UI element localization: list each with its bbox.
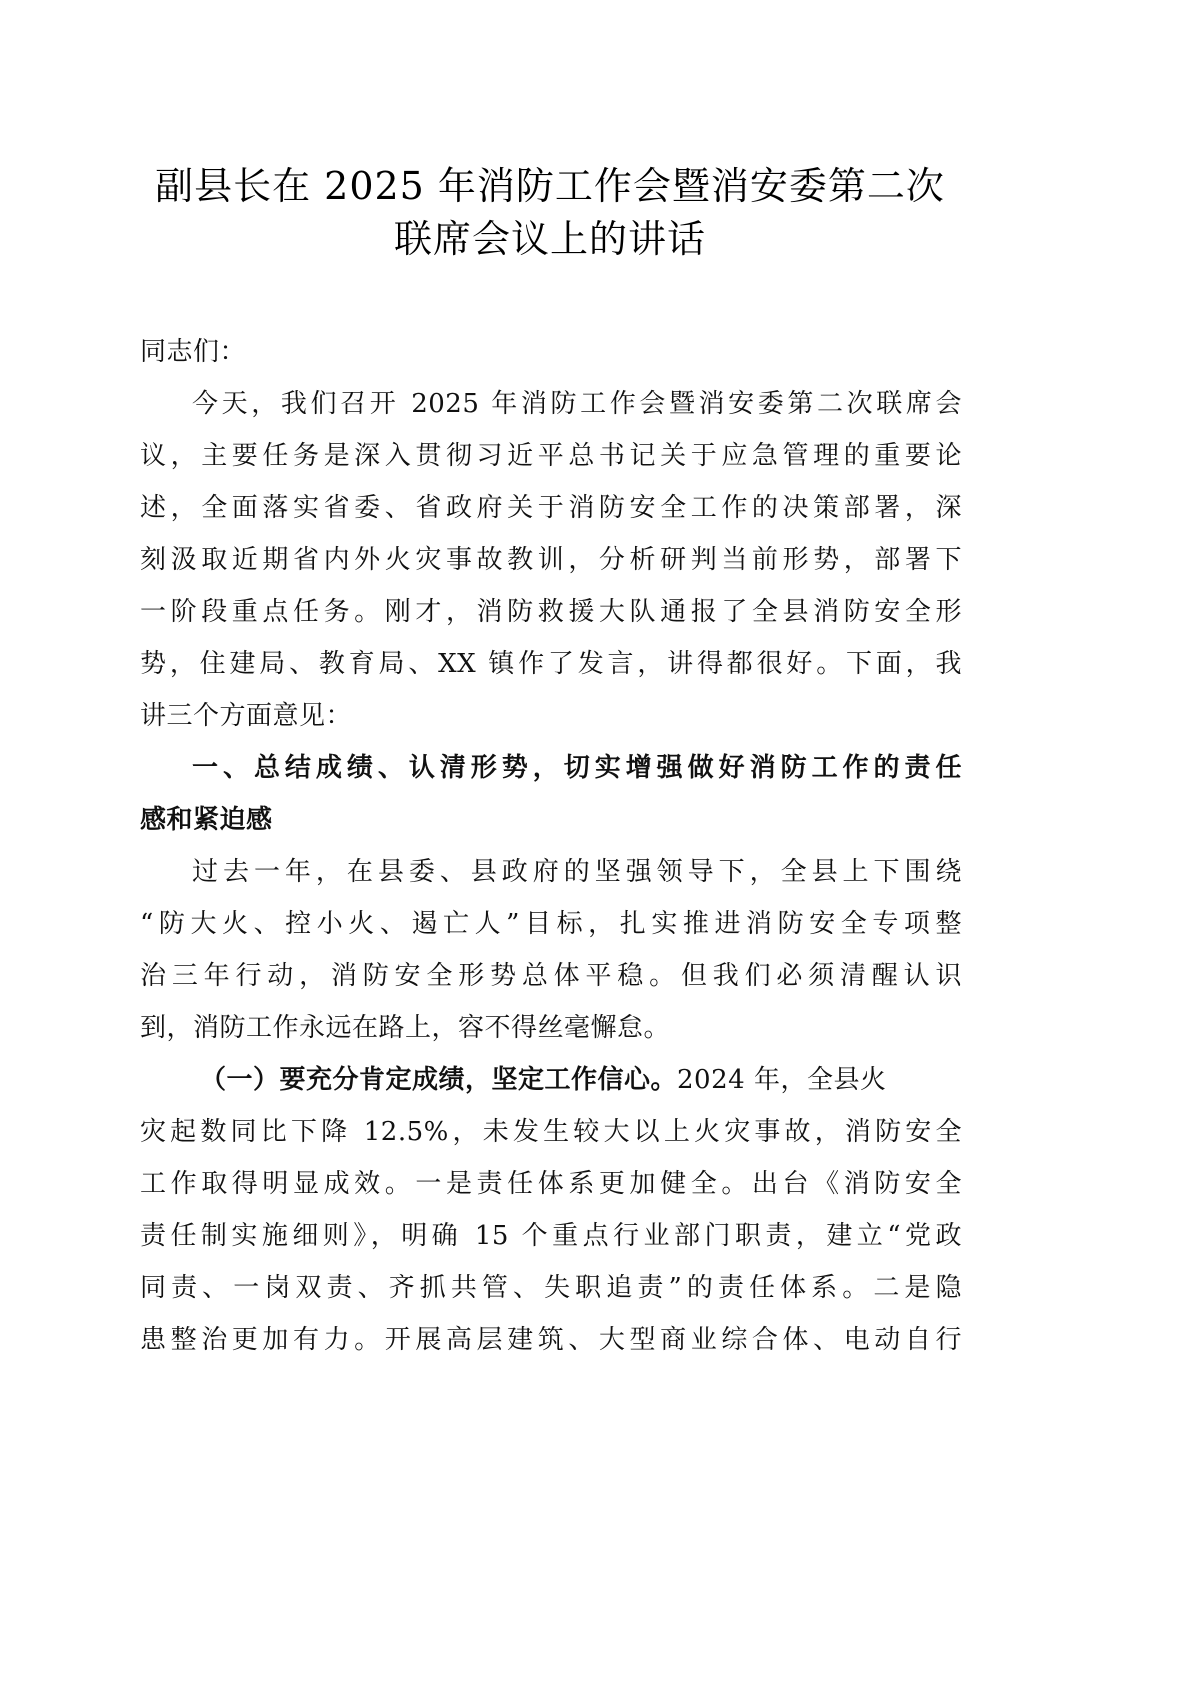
- document-title-line-2: 联席会议上的讲话: [0, 213, 1100, 265]
- paragraph-line: 过去一年，在县委、县政府的坚强领导下，全县上下围绕: [192, 846, 962, 898]
- paragraph-line: 势，住建局、教育局、XX 镇作了发言，讲得都很好。下面，我: [140, 638, 962, 690]
- paragraph-line: 同责、一岗双责、齐抓共管、失职追责”的责任体系。二是隐: [140, 1262, 962, 1314]
- paragraph-line: 患整治更加有力。开展高层建筑、大型商业综合体、电动自行: [140, 1314, 962, 1366]
- paragraph-line: 到，消防工作永远在路上，容不得丝毫懈怠。: [140, 1002, 962, 1054]
- paragraph-line: 今天，我们召开 2025 年消防工作会暨消安委第二次联席会: [192, 378, 962, 430]
- paragraph-line: 灾起数同比下降 12.5%，未发生较大以上火灾事故，消防安全: [140, 1106, 962, 1158]
- paragraph-line: 述，全面落实省委、省政府关于消防安全工作的决策部署，深: [140, 482, 962, 534]
- subsection-lead-line: （一）要充分肯定成绩，坚定工作信心。2024 年，全县火: [200, 1054, 962, 1106]
- section-heading-line: 一、总结成绩、认清形势，切实增强做好消防工作的责任: [192, 742, 962, 794]
- paragraph-line: 刻汲取近期省内外火灾事故教训，分析研判当前形势，部署下: [140, 534, 962, 586]
- section-heading-line: 感和紧迫感: [140, 794, 962, 846]
- paragraph-line: 讲三个方面意见：: [140, 690, 962, 742]
- paragraph-line: “防大火、控小火、遏亡人”目标，扎实推进消防安全专项整: [140, 898, 962, 950]
- salutation: 同志们：: [140, 326, 962, 378]
- paragraph-line: 工作取得明显成效。一是责任体系更加健全。出台《消防安全: [140, 1158, 962, 1210]
- document-title-line-1: 副县长在 2025 年消防工作会暨消安委第二次: [0, 160, 1100, 212]
- paragraph-line: 治三年行动，消防安全形势总体平稳。但我们必须清醒认识: [140, 950, 962, 1002]
- paragraph-line: 议，主要任务是深入贯彻习近平总书记关于应急管理的重要论: [140, 430, 962, 482]
- paragraph-line: 责任制实施细则》，明确 15 个重点行业部门职责，建立“党政: [140, 1210, 962, 1262]
- paragraph-line: 一阶段重点任务。刚才，消防救援大队通报了全县消防安全形: [140, 586, 962, 638]
- subsection-lead-text: 2024 年，全县火: [677, 1065, 886, 1095]
- subsection-heading: （一）要充分肯定成绩，坚定工作信心。: [200, 1065, 677, 1095]
